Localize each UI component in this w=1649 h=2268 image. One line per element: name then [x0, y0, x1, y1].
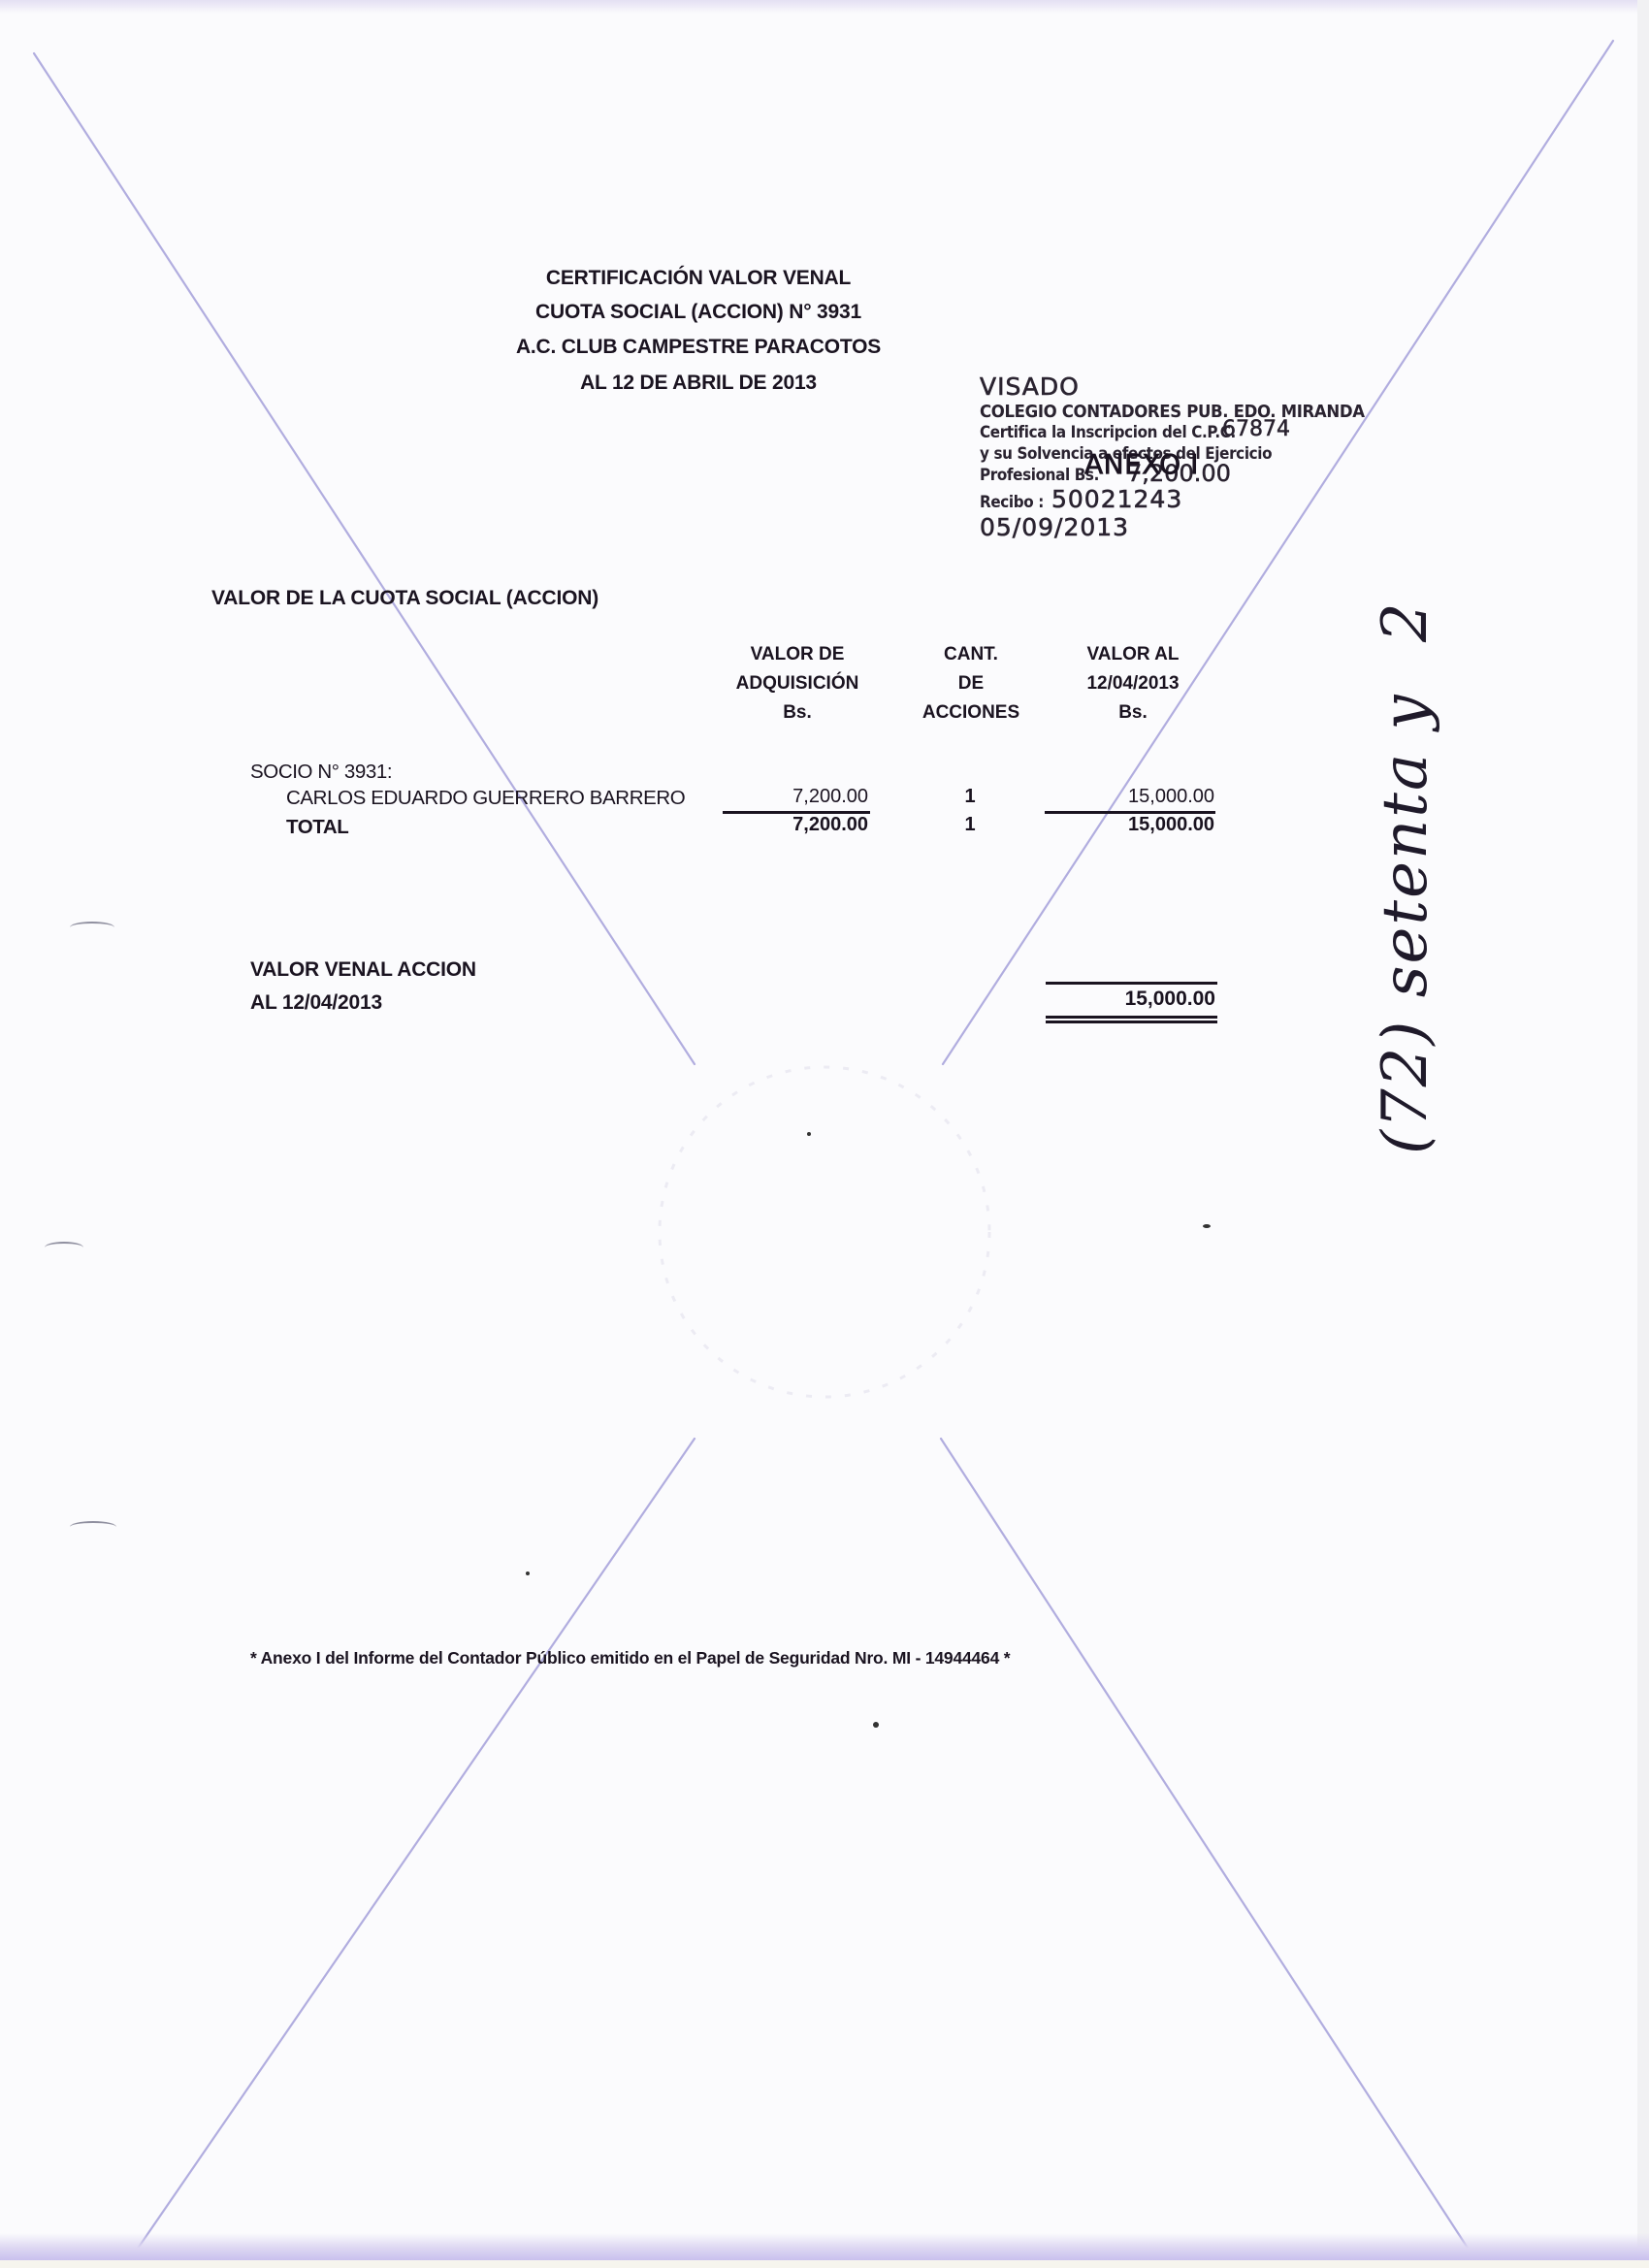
valor-venal-amount: 15,000.00: [1046, 988, 1215, 1011]
total-label: TOTAL: [286, 816, 348, 839]
column-header-line: VALOR AL: [1046, 640, 1220, 669]
valor-venal-label-2: AL 12/04/2013: [250, 991, 382, 1015]
title-line-1: CERTIFICACIÓN VALOR VENAL: [407, 267, 989, 290]
column-header-line: Bs.: [710, 698, 885, 728]
scan-bottom-border: [0, 2260, 1649, 2268]
footer-note: * Anexo I del Informe del Contador Públi…: [250, 1648, 1010, 1669]
acquisition-value: 7,200.00: [723, 786, 868, 808]
punch-hole-shadow: [70, 1521, 116, 1533]
handwritten-words: setenta y: [1370, 693, 1441, 997]
stamp-header: VISADO: [980, 373, 1080, 401]
valor-venal-label-1: VALOR VENAL ACCION: [250, 958, 476, 982]
visado-stamp: VISADO COLEGIO CONTADORES PUB. EDO. MIRA…: [980, 373, 1436, 567]
socio-name: CARLOS EDUARDO GUERRERO BARRERO: [286, 787, 685, 810]
stamp-overlay-anexo: ANEXO I: [1084, 448, 1199, 480]
total-value-at-date: 15,000.00: [1045, 814, 1214, 836]
section-title: VALOR DE LA CUOTA SOCIAL (ACCION): [211, 587, 598, 610]
stamp-receipt-number: 50021243: [1051, 485, 1182, 513]
title-line-2: CUOTA SOCIAL (ACCION) N° 3931: [407, 301, 989, 324]
stamp-cpc-number: 67874: [1222, 417, 1290, 441]
handwritten-annotation: (72) setenta y 2: [1370, 600, 1441, 1154]
speck: [807, 1132, 811, 1136]
scan-bottom-edge: [0, 2233, 1649, 2260]
column-header-line: ACCIONES: [884, 698, 1058, 728]
column-header-line: VALOR DE: [710, 640, 885, 669]
column-header-line: 12/04/2013: [1046, 669, 1220, 698]
total-acquisition-value: 7,200.00: [723, 814, 868, 836]
title-line-3: A.C. CLUB CAMPESTRE PARACOTOS: [407, 336, 989, 359]
total-quantity: 1: [931, 814, 1009, 836]
stamp-line-certifica: Certifica la Inscripcion del C.P.C.: [980, 423, 1236, 441]
punch-hole-shadow: [45, 1242, 83, 1253]
value-at-date: 15,000.00: [1045, 786, 1214, 808]
stamp-receipt-label: Recibo :: [980, 493, 1044, 511]
column-header-value-at-date: VALOR AL 12/04/2013 Bs.: [1046, 640, 1220, 728]
quantity: 1: [931, 786, 1009, 808]
handwritten-number: (72): [1370, 1020, 1441, 1154]
column-header-quantity: CANT. DE ACCIONES: [884, 640, 1058, 728]
column-header-line: DE: [884, 669, 1058, 698]
speck: [526, 1571, 530, 1575]
valor-venal-top-rule: [1046, 982, 1217, 985]
stamp-profesional-label: Profesional Bs.: [980, 466, 1099, 484]
column-header-line: CANT.: [884, 640, 1058, 669]
title-line-4: AL 12 DE ABRIL DE 2013: [407, 372, 989, 395]
column-header-acquisition: VALOR DE ADQUISICIÓN Bs.: [710, 640, 885, 728]
valor-venal-double-rule-1: [1046, 1016, 1217, 1019]
punch-hole-shadow: [70, 922, 114, 933]
stamp-date: 05/09/2013: [980, 513, 1129, 541]
column-header-line: Bs.: [1046, 698, 1220, 728]
valor-venal-double-rule-2: [1046, 1021, 1217, 1023]
stamp-line-colegio: COLEGIO CONTADORES PUB. EDO. MIRANDA: [980, 402, 1365, 422]
speck: [1203, 1224, 1211, 1228]
speck: [873, 1722, 879, 1728]
column-header-line: ADQUISICIÓN: [710, 669, 885, 698]
handwritten-signature: 2: [1370, 600, 1441, 642]
socio-group-label: SOCIO N° 3931:: [250, 761, 392, 784]
